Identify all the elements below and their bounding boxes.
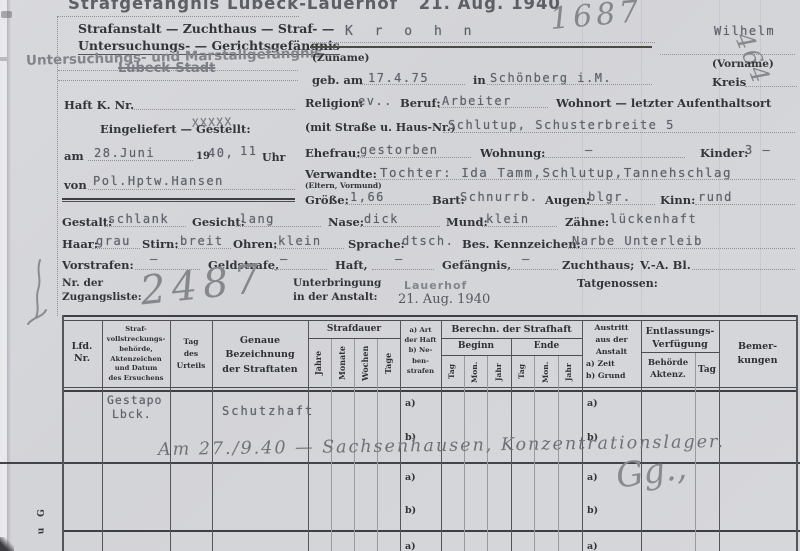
groesse-rule xyxy=(345,204,430,205)
religion-value: ev.. xyxy=(358,94,393,108)
th-austritt-2: aus der xyxy=(582,334,641,346)
th-beginn: Beginn xyxy=(441,341,511,353)
born-in-label: in xyxy=(473,73,486,87)
pencil-number: 1687 xyxy=(549,0,644,37)
th-entlassung-2: Verfügung xyxy=(641,339,719,352)
ehefrau-label: Ehefrau: xyxy=(305,146,361,160)
surname-typed: K r o h n xyxy=(345,24,478,39)
stirn-rule xyxy=(176,248,231,249)
kinn-value: rund xyxy=(698,190,733,204)
vorstrafen-dash2: — xyxy=(280,252,289,266)
th-straftat-1: Genaue xyxy=(212,334,308,348)
scan-edge-shadow xyxy=(7,0,11,551)
sprache-value: dtsch. xyxy=(402,234,454,248)
kennzeichen-label: Bes. Kennzeichen: xyxy=(462,237,581,251)
born-date-typed: 17.4.75 xyxy=(368,71,429,85)
zaehne-label: Zähne: xyxy=(565,215,609,229)
born-label: geb. am xyxy=(312,73,363,87)
prison-stamp-name: Strafgefängnis Lübeck-Lauerhof xyxy=(68,0,398,13)
vorstrafen-rule3 xyxy=(372,269,434,270)
augen-value: blgr. xyxy=(588,190,632,204)
th-monate: Monate xyxy=(337,341,347,385)
stirn-value: breit xyxy=(180,234,224,248)
zugangsliste-label2: Zugangsliste: xyxy=(62,291,142,303)
born-place-typed: Schönberg i.M. xyxy=(490,71,612,85)
th-behoerde-4: Aktenzeichen xyxy=(102,355,170,365)
ehefrau-value: gestorben xyxy=(360,143,439,157)
born-date-rule xyxy=(360,84,465,85)
row1-art-a: a) xyxy=(405,398,416,409)
vabl-label: V.-A. Bl. xyxy=(640,258,691,272)
row2-art-b: b) xyxy=(405,505,416,516)
row1-offense: Schutzhaft xyxy=(222,404,314,418)
th-austritt-5: b) Grund xyxy=(582,370,641,382)
unterbringung-date-stamp: 21. Aug. 1940 xyxy=(398,292,490,307)
vorstrafen-label: Vorstrafen: xyxy=(62,258,134,272)
th-art-5: strafen xyxy=(400,366,441,376)
kreis-rule xyxy=(745,86,797,87)
surname-heavy-rule xyxy=(310,46,652,48)
bart-value: Schnurrb. xyxy=(460,190,539,204)
table-vline-right xyxy=(796,315,798,551)
th-strafdauer: Strafdauer xyxy=(308,324,400,336)
intake-double-rule-b xyxy=(62,201,295,202)
hour-typed: 11 xyxy=(240,144,257,158)
surname-label: (Zuname) xyxy=(312,52,369,64)
vorstrafen-dash4: — xyxy=(522,252,531,266)
th-bemerkungen-2: kungen xyxy=(719,354,796,368)
address-rule xyxy=(443,132,795,133)
firstname-label: (Vorname) xyxy=(712,58,774,70)
kinder-value: 3 — xyxy=(745,143,771,157)
th-behoerde-6: des Ersuchens xyxy=(102,374,170,384)
th-ende: Ende xyxy=(511,341,582,353)
wohnung-value: — xyxy=(585,143,594,157)
verwandte-label: Verwandte: xyxy=(305,167,377,181)
prison-stamp: Strafgefängnis Lübeck-Lauerhof 21. Aug. … xyxy=(68,0,561,13)
ohren-rule xyxy=(274,248,344,249)
th-ende-tag: Tag xyxy=(517,358,526,386)
row2-separator xyxy=(62,530,800,532)
mund-value: klein xyxy=(486,212,530,226)
th-bemerkungen-1: Bemer- xyxy=(719,340,796,354)
unterbringung-label2: in der Anstalt: xyxy=(293,291,378,303)
table-top-rule-a xyxy=(62,315,797,317)
groesse-value: 1,66 xyxy=(350,190,385,204)
th-behoerde-2: vollstreckungs- xyxy=(102,335,170,345)
th-beginn-mon: Mon. xyxy=(470,358,479,386)
verwandte-sublabel: (Eltern, Vormund) xyxy=(305,181,382,190)
scan-corner-dark xyxy=(0,537,14,551)
augen-label: Augen: xyxy=(545,193,590,207)
th-behoerde-aktenz-2: Aktenz. xyxy=(641,370,695,382)
scan-edge-left xyxy=(0,0,7,551)
row1-authority-line2: Lbck. xyxy=(112,407,152,421)
th-behoerde-1: Straf- xyxy=(102,325,170,335)
th-art-2: der Haft xyxy=(400,335,441,345)
haar-rule xyxy=(92,248,140,249)
surname-dotted-rule xyxy=(310,42,655,43)
margin-vertical-text-1: G xyxy=(37,509,47,517)
th-behoerde-3: behörde, xyxy=(102,345,170,355)
vorstrafen-haft-label: Haft, xyxy=(335,258,368,272)
ehefrau-rule xyxy=(356,157,471,158)
overtype-x: XXXXX xyxy=(192,115,233,129)
th-art-3: b) Ne- xyxy=(400,345,441,355)
row1-authority-line1: Gestapo xyxy=(107,393,162,407)
officer-typed: Pol.Hptw.Hansen xyxy=(93,174,224,188)
beruf-rule xyxy=(438,107,548,108)
am-label: am xyxy=(64,149,84,163)
unterbringung-label1: Unterbringung xyxy=(293,277,381,289)
beruf-value: Arbeiter xyxy=(442,94,512,108)
th-straftat-2: Bezeichnung xyxy=(212,348,308,362)
row2-art-a: a) xyxy=(405,472,416,483)
margin-pencil-mark xyxy=(18,258,52,338)
th-urteil-2: des xyxy=(170,348,212,360)
th-austritt-4: a) Zeit xyxy=(582,358,641,370)
year-typed: 40, xyxy=(208,146,234,160)
vorstrafen-rule5 xyxy=(692,269,795,270)
kinn-rule xyxy=(695,204,795,205)
prisoner-record-scan: Strafgefängnis Lübeck-Lauerhof 21. Aug. … xyxy=(0,0,800,551)
row2-austritt-b: b) xyxy=(587,505,598,516)
ohren-label: Ohren: xyxy=(233,237,277,251)
augen-rule xyxy=(585,204,655,205)
th-ende-mon: Mon. xyxy=(541,358,550,386)
gefaengnis-label: Gefängnis, xyxy=(442,258,511,272)
th-lfd-1: Lfd. xyxy=(62,341,102,353)
th-berechn: Berechn. der Strafhaft xyxy=(441,324,582,336)
table-headrule-b xyxy=(62,390,797,392)
unterbringung-stamp: Lauerhof xyxy=(404,279,467,292)
scan-speck xyxy=(0,57,7,61)
entlassung-underrule xyxy=(641,352,719,353)
vorstrafen-rule2 xyxy=(272,269,327,270)
wohnort-label: Wohnort — letzter Aufenthaltsort xyxy=(556,96,771,110)
intake-double-rule-a xyxy=(62,198,295,200)
institution-types-line1: Strafanstalt — Zuchthaus — Straf- — xyxy=(78,21,334,36)
prison-stamp-date: 21. Aug. 1940 xyxy=(419,0,561,13)
row3-art-a: a) xyxy=(405,541,416,551)
th-tage: Tage xyxy=(383,341,393,385)
table-top-rule-b xyxy=(62,320,797,321)
table-vline xyxy=(308,320,309,551)
form-frame-top xyxy=(57,16,299,17)
vorstrafen-dash1: — xyxy=(150,252,159,266)
zaehne-value: lückenhaft xyxy=(610,212,697,226)
zuchthaus-label: Zuchthaus; xyxy=(562,258,634,272)
signature-initials: Gg., xyxy=(614,447,689,496)
zugangsliste-label1: Nr. der xyxy=(62,277,103,289)
verwandte-rule xyxy=(375,179,795,180)
firstname-dotted-rule xyxy=(660,54,795,55)
haft-nr-label: Haft K. Nr. xyxy=(64,98,134,112)
strafdauer-underrule xyxy=(308,338,400,339)
verwandte-value: Tochter: Ida Tamm,Schlutup,Tannehschlag xyxy=(380,165,732,180)
th-austritt-3: Anstalt xyxy=(582,346,641,358)
von-label: von xyxy=(64,178,87,192)
th-urteil-1: Tag xyxy=(170,336,212,348)
row3-austritt-a: a) xyxy=(587,541,598,551)
scan-speck xyxy=(1,11,12,18)
wohnung-label: Wohnung: xyxy=(480,146,545,160)
address-value: Schlutup, Schusterbreite 5 xyxy=(448,118,675,132)
vorstrafen-dash3: — xyxy=(395,252,404,266)
row2-austritt-a: a) xyxy=(587,472,598,483)
kinder-label: Kinder: xyxy=(700,146,748,160)
margin-vertical-text-2: u xyxy=(36,528,46,535)
nase-rule xyxy=(360,226,440,227)
gestalt-value: schlank xyxy=(108,212,169,226)
gestalt-rule xyxy=(104,226,186,227)
intake-date-typed: 28.Juni xyxy=(94,146,155,160)
strike-dotted-line2 xyxy=(58,80,298,81)
th-behoerde-aktenz-1: Behörde xyxy=(641,358,695,370)
th-ende-jahr: Jahr xyxy=(564,358,573,386)
th-beginn-tag: Tag xyxy=(447,358,456,386)
th-tag: Tag xyxy=(695,365,719,377)
uhr-label: Uhr xyxy=(262,151,285,164)
intake-date-rule xyxy=(88,160,193,161)
tatgenossen-label: Tatgenossen: xyxy=(577,277,658,290)
berechn-underrule xyxy=(441,338,582,339)
gesicht-value: lang xyxy=(240,212,275,226)
nase-label: Nase: xyxy=(328,215,364,229)
kinn-label: Kinn: xyxy=(660,193,695,207)
strasse-label: (mit Straße u. Haus-Nr.) xyxy=(305,121,456,134)
th-entlassung-1: Entlassungs- xyxy=(641,326,719,339)
vorstrafen-rule4 xyxy=(508,269,558,270)
th-beginn-jahr: Jahr xyxy=(494,358,503,386)
th-lfd-2: Nr. xyxy=(62,353,102,365)
stirn-label: Stirn: xyxy=(142,237,179,251)
beginn-ende-underrule xyxy=(441,355,582,356)
mund-rule xyxy=(482,226,557,227)
th-art-1: a) Art xyxy=(400,325,441,335)
religion-label: Religion: xyxy=(305,96,363,110)
haft-nr-rule xyxy=(132,109,295,110)
beruf-label: Beruf: xyxy=(400,96,441,110)
overstamp-city: Lübeck-Stadt xyxy=(118,61,215,76)
th-urteil-3: Urteils xyxy=(170,360,212,372)
ohren-value: klein xyxy=(278,234,322,248)
officer-rule xyxy=(88,189,295,190)
kreis-label: Kreis xyxy=(712,75,746,89)
table-headrule-a xyxy=(62,387,797,388)
gesicht-rule xyxy=(236,226,321,227)
th-art-4: ben- xyxy=(400,356,441,366)
born-place-rule xyxy=(487,84,652,85)
th-jahre: Jahre xyxy=(313,341,323,385)
kennzeichen-rule xyxy=(568,248,795,249)
th-wochen: Wochen xyxy=(360,341,370,385)
nase-value: dick xyxy=(364,212,399,226)
kennzeichen-value: Narbe Unterleib xyxy=(572,234,703,248)
groesse-label: Größe: xyxy=(305,193,349,207)
th-straftat-3: der Straftaten xyxy=(212,363,308,377)
sprache-label: Sprache: xyxy=(348,237,405,251)
haar-value: grau xyxy=(96,234,131,248)
wohnung-rule xyxy=(540,157,685,158)
row1-austritt-a: a) xyxy=(587,398,598,409)
th-behoerde-5: und Datum xyxy=(102,364,170,374)
th-austritt-1: Austritt xyxy=(582,322,641,334)
